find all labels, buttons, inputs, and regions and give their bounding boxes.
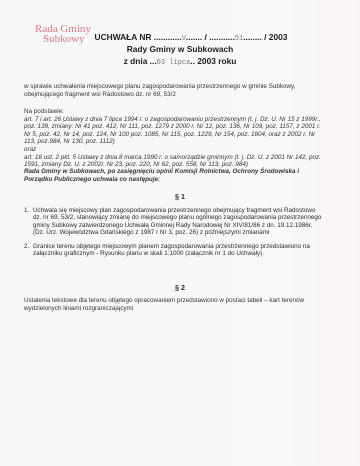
- legal-basis-article-2: art. 18 ust. 2 pkt. 5 Ustawy z dnia 8 ma…: [24, 154, 324, 169]
- resolution-title: UCHWAŁA NR ............V....... / ......…: [0, 32, 360, 43]
- list-item: 1. Uchwala się miejscowy plan zagospodar…: [24, 207, 324, 237]
- resolution-date: z dnia ...03 lipca.. 2003 roku: [0, 56, 360, 67]
- legal-basis-conjunction: oraz: [24, 146, 324, 154]
- council-resolution-statement: Rada Gminy w Subkowach, po zasięgnięciu …: [24, 168, 324, 183]
- document-page: Rada Gminy Subkowy UCHWAŁA NR ..........…: [0, 0, 360, 466]
- resolution-arabic-number: 51: [235, 35, 243, 43]
- section-2-heading: § 2: [0, 283, 360, 292]
- resolution-subject: w sprawie uchwalenia miejscowego planu z…: [24, 83, 324, 98]
- section-1-list: 1. Uchwala się miejscowy plan zagospodar…: [24, 207, 324, 263]
- date-value: 03 lipca: [157, 59, 191, 67]
- legal-basis: Na podstawie: art. 7 i art. 26 Ustawy z …: [24, 108, 324, 169]
- legal-basis-article-1: art. 7 i art. 26 Ustawy z dnia 7 lipca 1…: [24, 116, 324, 146]
- section-2-text: Ustalenia tekstowe dla terenu objętego o…: [24, 297, 324, 312]
- council-name: Rady Gminy w Subkowach: [0, 44, 360, 54]
- list-item: 2. Granice terenu objętego miejscowym pl…: [24, 243, 324, 258]
- legal-basis-label: Na podstawie:: [24, 108, 324, 116]
- section-1-heading: § 1: [0, 192, 360, 201]
